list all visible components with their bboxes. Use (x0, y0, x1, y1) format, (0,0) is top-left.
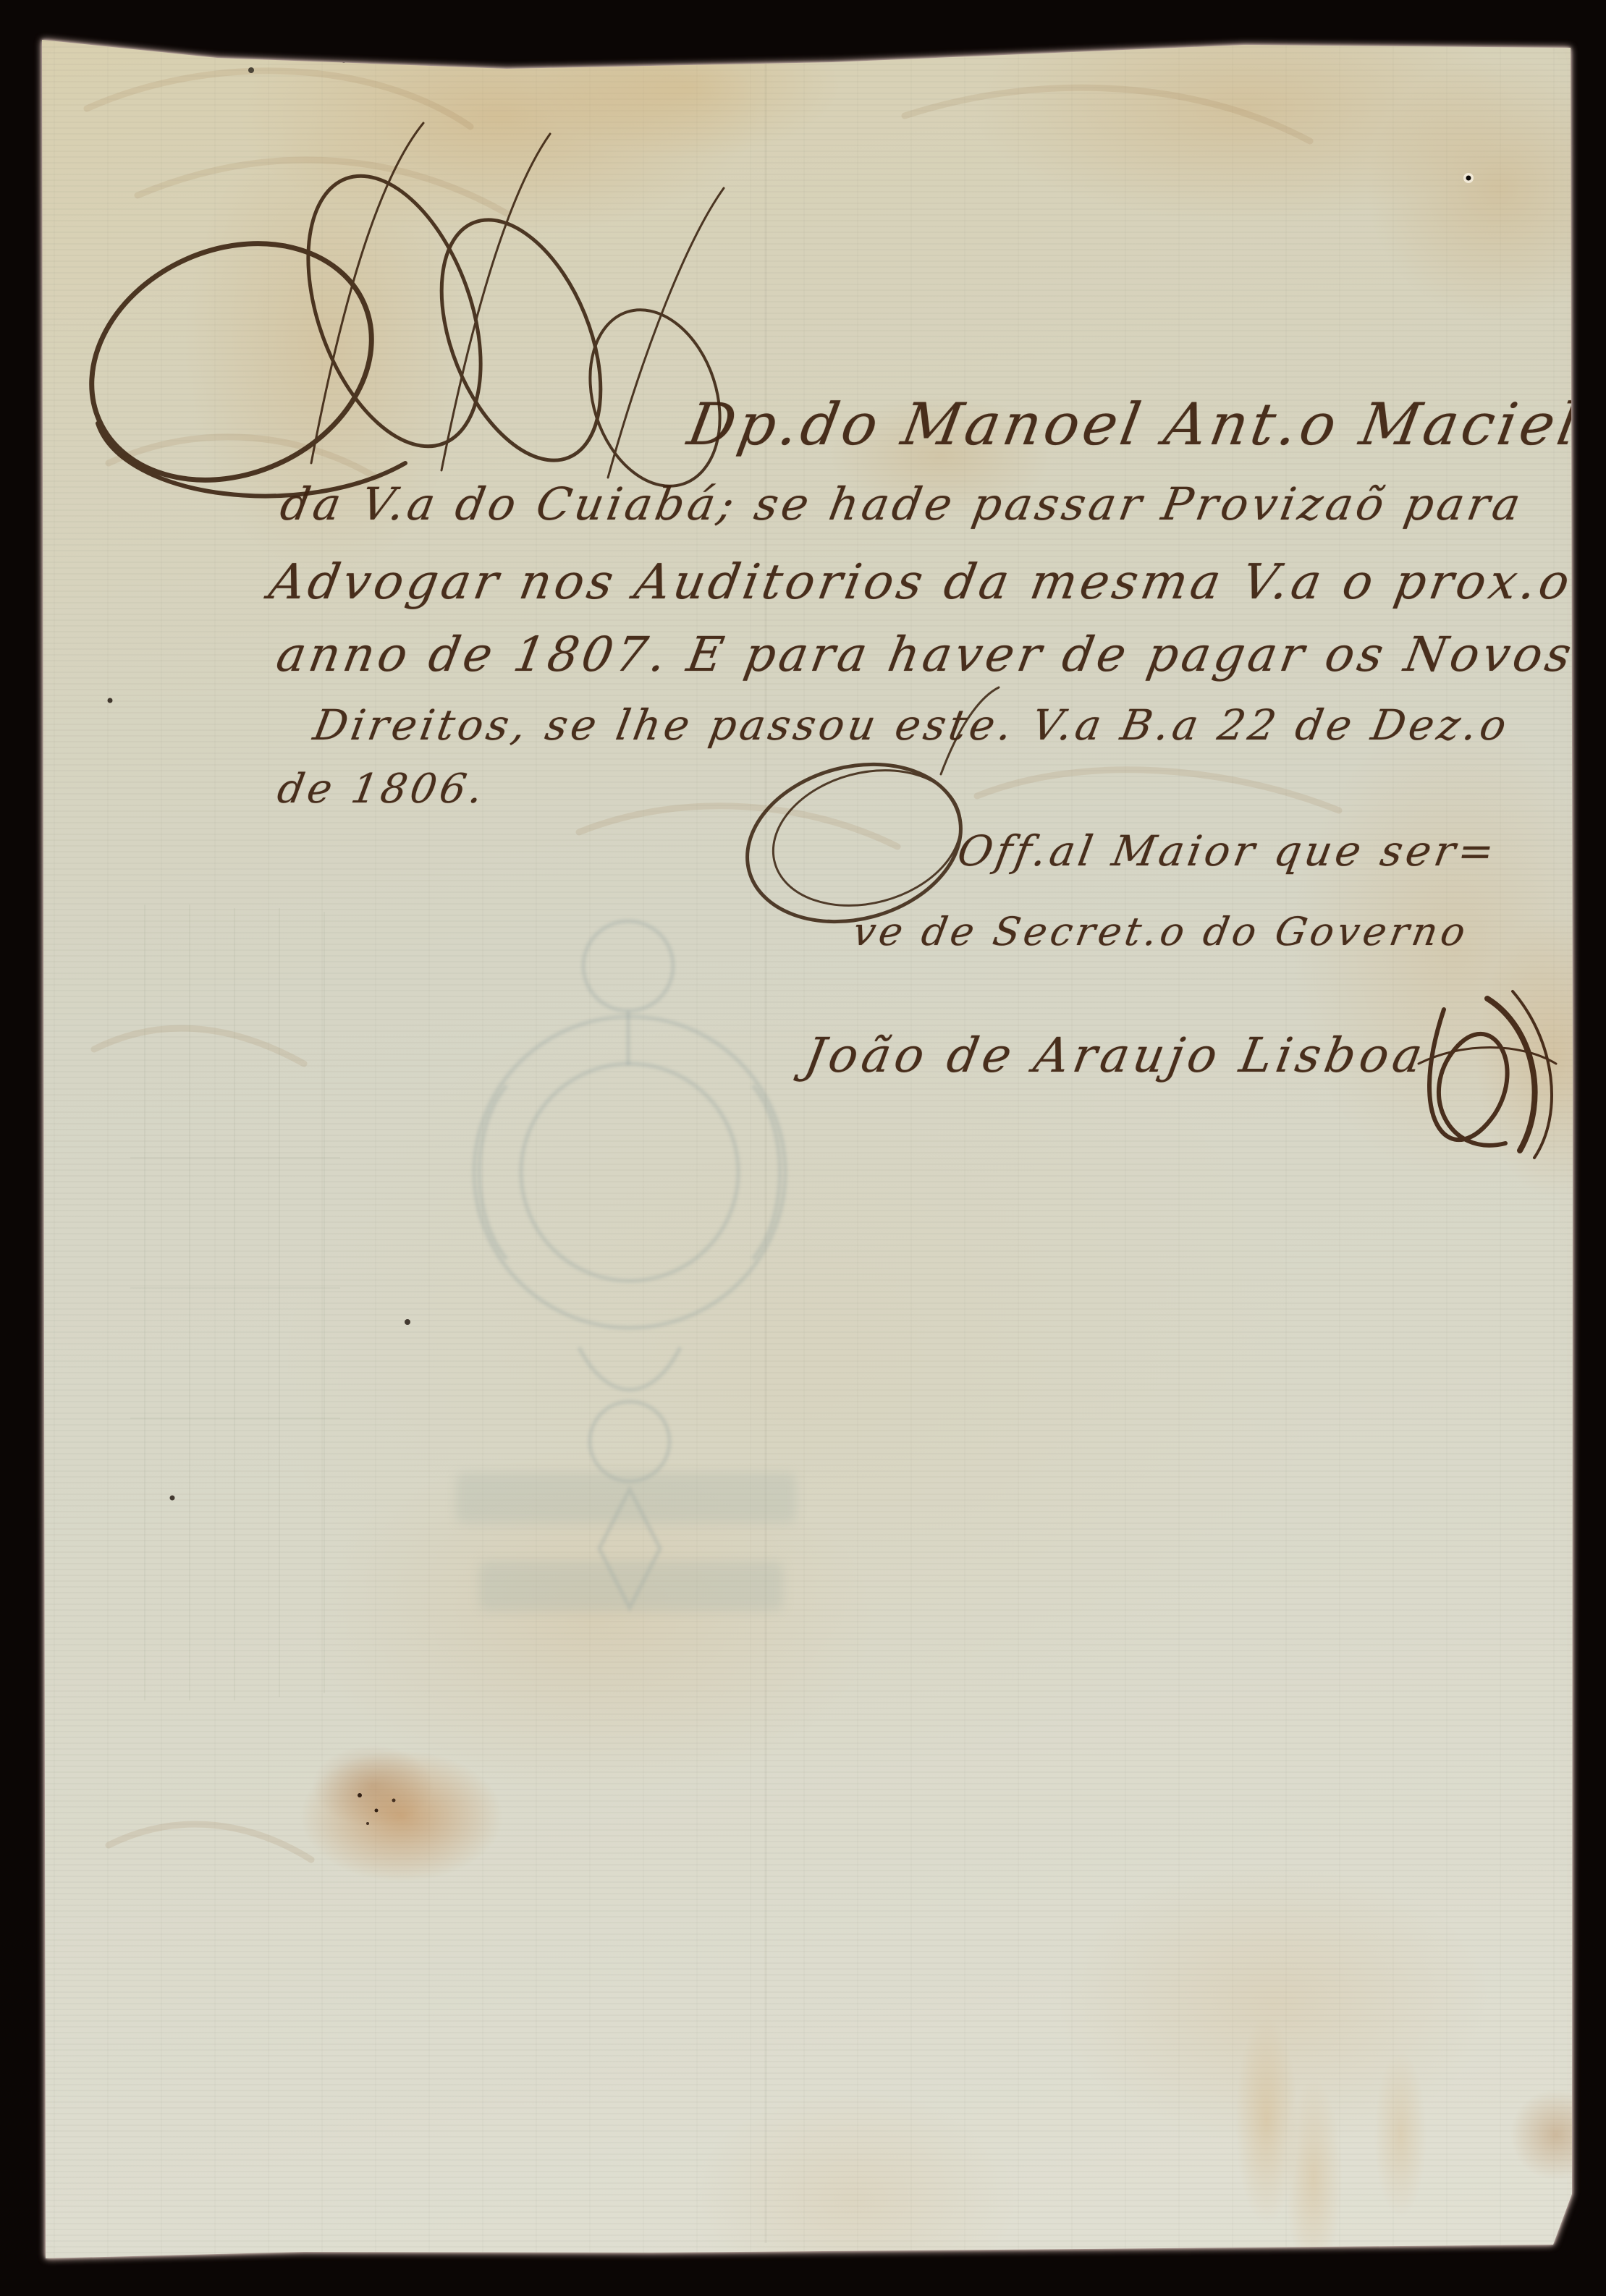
signature: João de Araujo Lisboa (800, 1028, 1431, 1083)
manuscript-line-4: anno de 1807. E para haver de pagar os N… (272, 627, 1578, 682)
manuscript-line-5: Direitos, se lhe passou este. V.a B.a 22… (310, 700, 1513, 750)
paper-shadow-layer: Dp.do Manoel Ant.o Maciel da V.a do Cuia… (0, 0, 1606, 2296)
photo-background: Dp.do Manoel Ant.o Maciel da V.a do Cuia… (0, 0, 1606, 2296)
office-line-2: ve de Secret.o do Governo (850, 909, 1472, 954)
manuscript-page: Dp.do Manoel Ant.o Maciel da V.a do Cuia… (0, 0, 1606, 2296)
manuscript-line-3: Advogar nos Auditorios da mesma V.a o pr… (265, 554, 1577, 610)
manuscript-line-2: da V.a do Cuiabá; se hade passar Proviza… (276, 478, 1528, 530)
office-line-1: Off.al Maior que ser= (954, 826, 1502, 876)
manuscript-line-6: de 1806. (274, 766, 491, 813)
signature-rubric (0, 0, 1606, 2296)
manuscript-line-1: Dp.do Manoel Ant.o Maciel (683, 391, 1586, 458)
